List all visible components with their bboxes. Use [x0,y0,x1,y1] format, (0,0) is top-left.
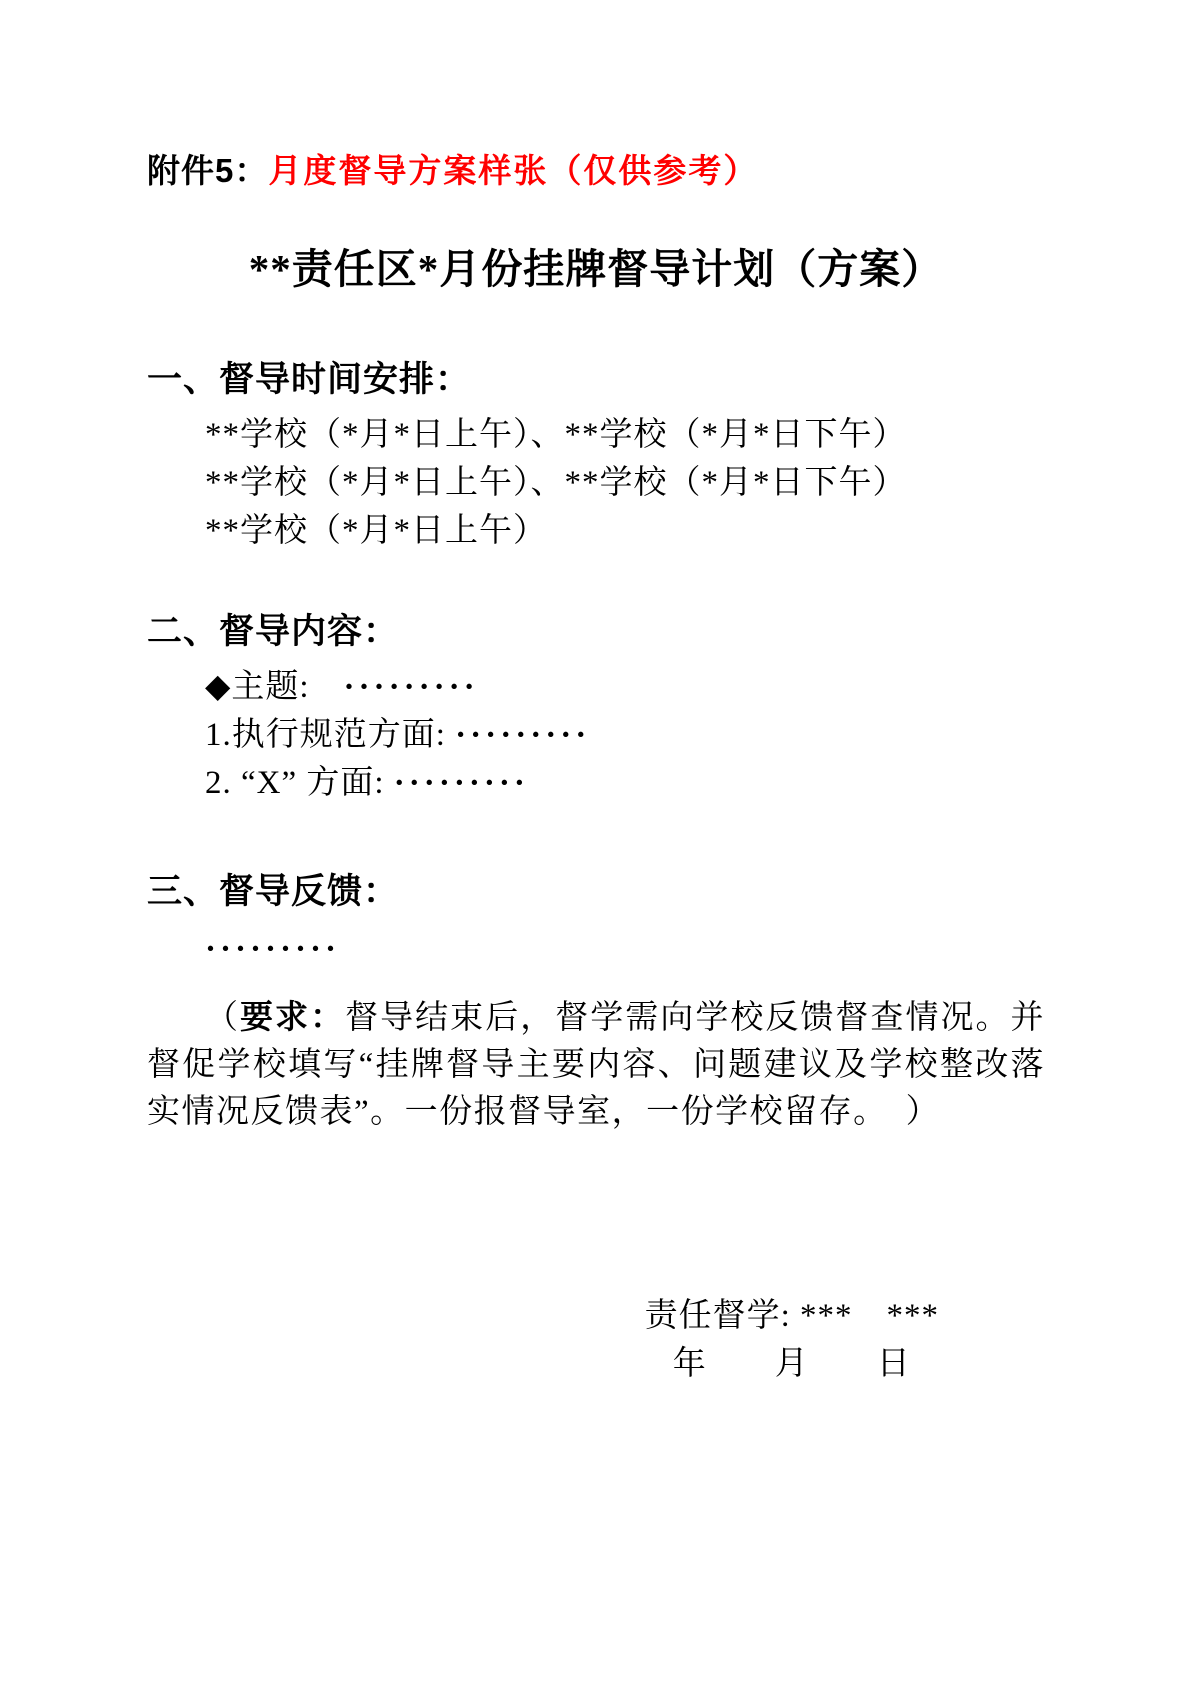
page-title: **责任区*月份挂牌督导计划（方案） [147,245,1045,293]
feedback-dots: ········· [205,931,340,967]
content-item: 1.执行规范方面: ········· [147,711,1045,759]
content-item-prefix: ◆主题: [205,669,344,705]
content-item: 2. “X” 方面: ········· [147,759,1045,807]
content-item-dots: ········· [344,669,479,705]
inspector-line: 责任督学: *** *** [645,1292,939,1340]
content-item-prefix: 2. “X” 方面: [205,765,394,801]
section-feedback-heading: 三、督导反馈： [147,871,1045,913]
content-item: ◆主题: ········· [147,663,1045,711]
note-open-paren: （ [205,1000,240,1036]
attachment-title: 月度督导方案样张（仅供参考） [268,154,758,190]
schedule-line: **学校（*月*日上午）、**学校（*月*日下午） [147,411,1045,459]
feedback-note: （要求：督导结束后，督学需向学校反馈督查情况。并督促学校填写“挂牌督导主要内容、… [147,993,1045,1136]
document-page: 附件5：月度督导方案样张（仅供参考） **责任区*月份挂牌督导计划（方案） 一、… [0,0,1191,1684]
section-content-heading: 二、督导内容： [147,611,1045,653]
schedule-line: **学校（*月*日上午）、**学校（*月*日下午） [147,459,1045,507]
content-item-prefix: 1.执行规范方面: [205,717,455,753]
signature-block: 责任督学: *** *** 年 月 日 [645,1292,939,1388]
content-item-dots: ········· [455,717,590,753]
schedule-line: **学校（*月*日上午） [147,507,1045,555]
content-list: ◆主题: ········· 1.执行规范方面: ········· 2. “X… [147,663,1045,807]
date-line: 年 月 日 [645,1340,939,1388]
note-label: 要求： [240,998,345,1035]
attachment-label: 附件5： [147,152,268,189]
content-item-dots: ········· [394,765,529,801]
section-time-heading: 一、督导时间安排： [147,359,1045,401]
feedback-dots-line: ········· [147,929,1045,969]
schedule-list: **学校（*月*日上午）、**学校（*月*日下午） **学校（*月*日上午）、*… [147,411,1045,555]
attachment-line: 附件5：月度督导方案样张（仅供参考） [147,150,1045,193]
